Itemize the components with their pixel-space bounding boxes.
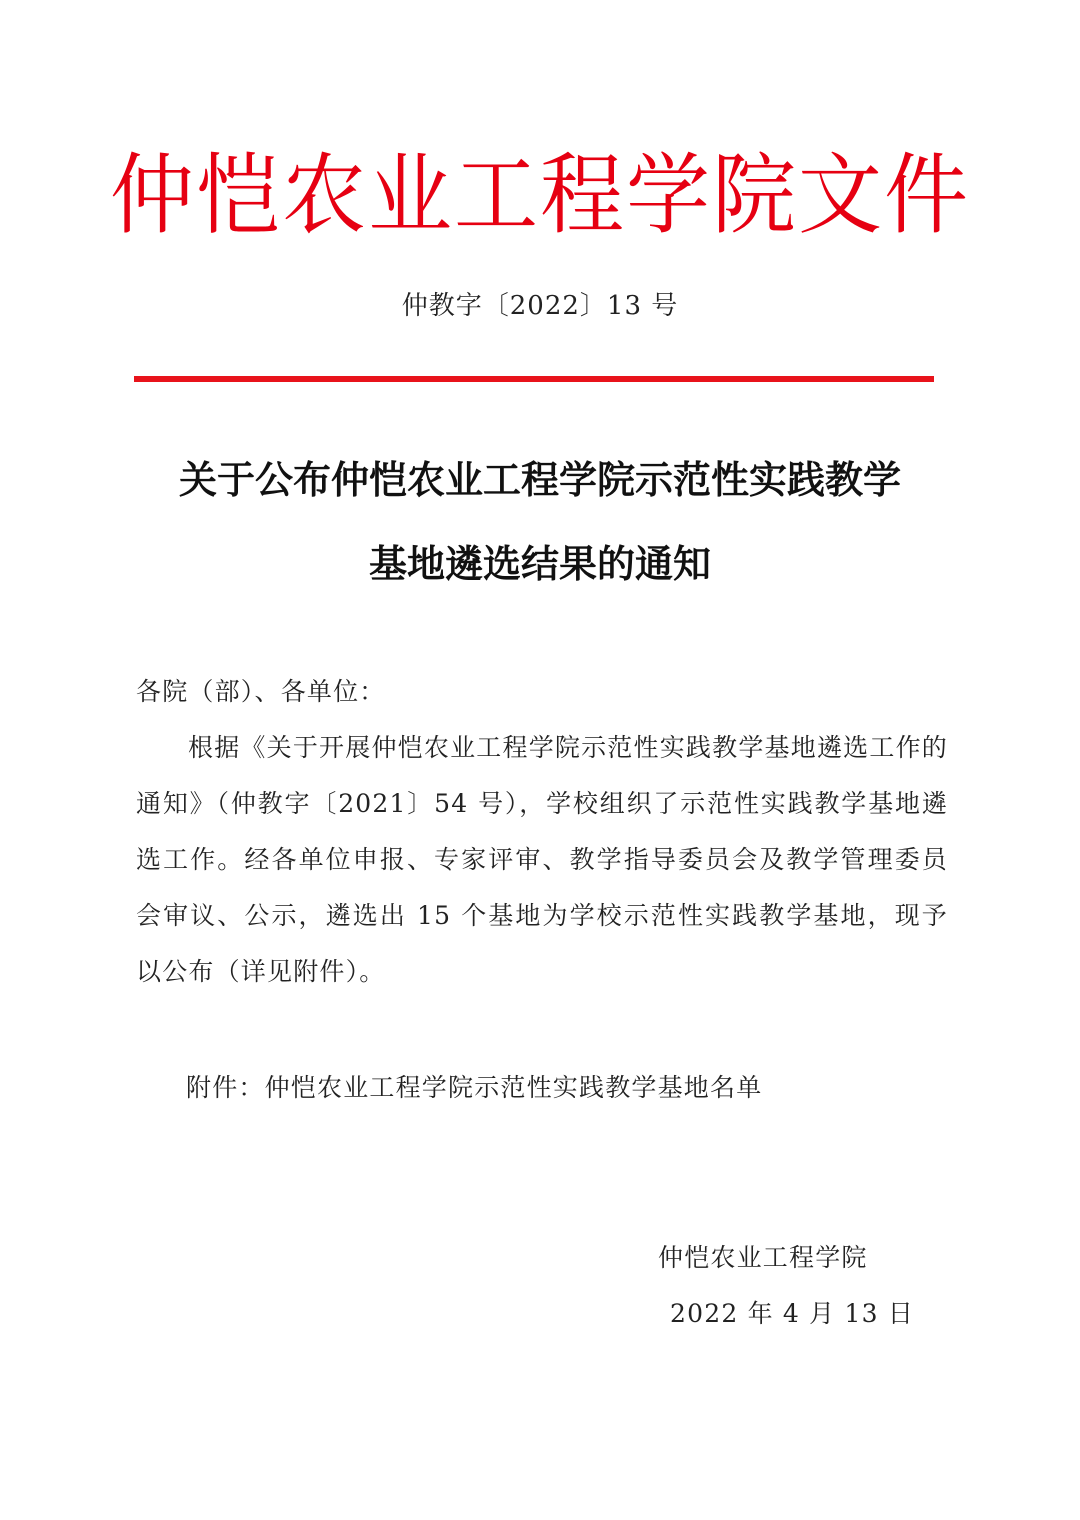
red-divider-line	[134, 376, 934, 382]
signature-organization: 仲恺农业工程学院	[658, 1230, 868, 1286]
document-title-line-2: 基地遴选结果的通知	[0, 536, 1080, 592]
signature-date: 2022 年 4 月 13 日	[670, 1286, 914, 1342]
document-masthead: 仲恺农业工程学院文件	[0, 137, 1080, 253]
document-number: 仲教字〔2022〕13 号	[0, 286, 1080, 326]
salutation: 各院（部）、各单位：	[136, 664, 948, 720]
attachment-note: 附件：仲恺农业工程学院示范性实践教学基地名单	[186, 1060, 886, 1116]
body-paragraph: 根据《关于开展仲恺农业工程学院示范性实践教学基地遴选工作的通知》（仲教字〔202…	[136, 720, 948, 1000]
document-title-line-1: 关于公布仲恺农业工程学院示范性实践教学	[0, 452, 1080, 508]
document-page: 仲恺农业工程学院文件 仲教字〔2022〕13 号 关于公布仲恺农业工程学院示范性…	[0, 0, 1080, 1520]
